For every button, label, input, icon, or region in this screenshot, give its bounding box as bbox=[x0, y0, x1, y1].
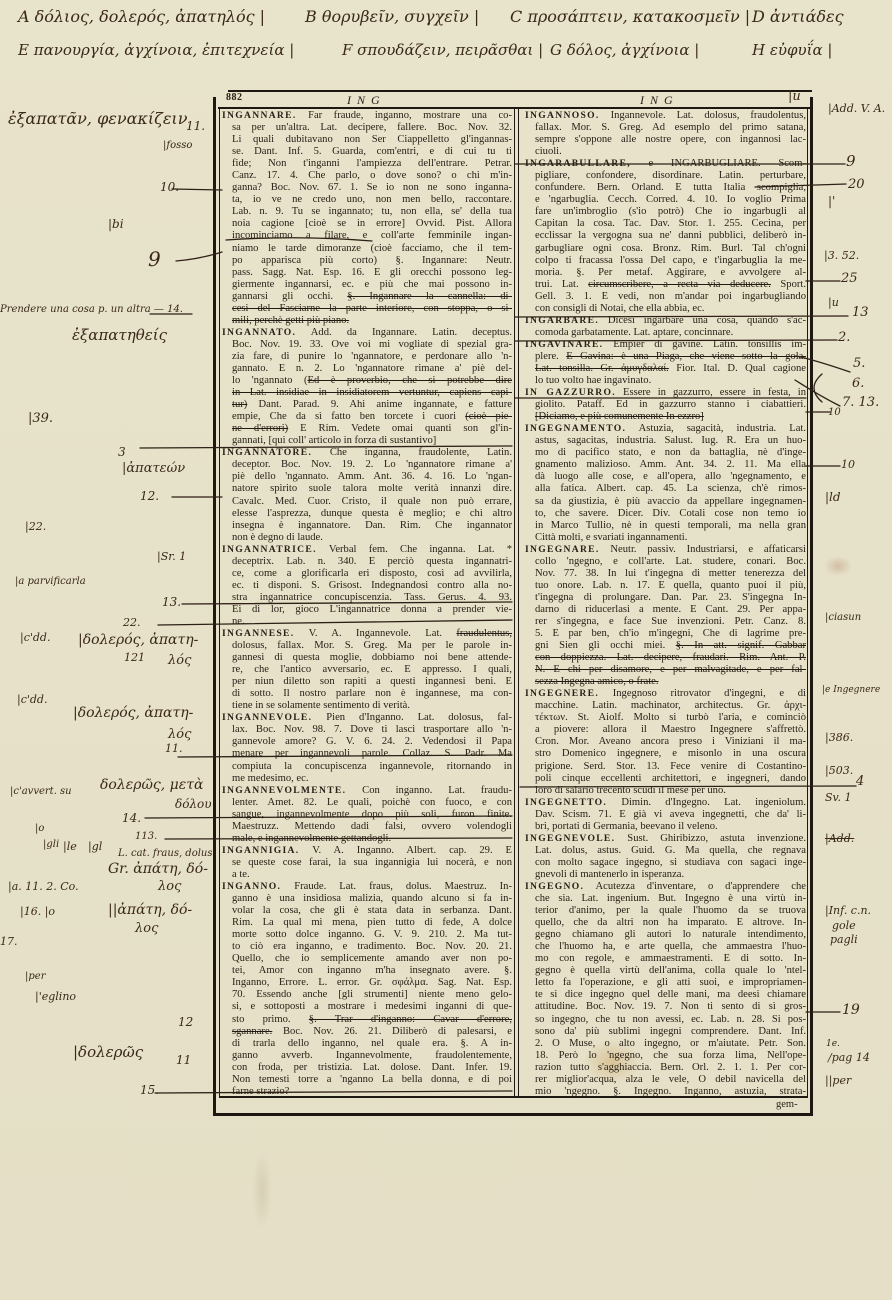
line-text: a te. bbox=[232, 869, 250, 880]
line-text: ciuoli. bbox=[535, 146, 562, 157]
text-line: tiene in se solamente sentimento di veri… bbox=[222, 700, 512, 712]
handwritten-note: Sv. 1 bbox=[825, 792, 851, 804]
line-text: male, e ingannevolmente gettandogli. bbox=[232, 833, 391, 844]
line-text: se queste cose farai, la sua ingannigia … bbox=[232, 857, 512, 868]
entry-first-line: INGEGNO. Acutezza d'inventare, o d'appre… bbox=[525, 881, 806, 893]
handwritten-note: Prendere una cosa p. un altra — 14. bbox=[0, 304, 183, 315]
line-text: astus, sagacitas, industria. Salust. Iug… bbox=[535, 435, 806, 446]
text-line: dolosus, fallax. Mor. S. Greg. Ma per le… bbox=[222, 640, 512, 652]
line-text: elesse l'asprezza, dunque questa è megli… bbox=[232, 508, 512, 519]
line-text: re, che l'antico avversario, ec. E appre… bbox=[232, 664, 512, 675]
handwritten-note: |δολερός, ἀπατη- bbox=[73, 706, 193, 721]
line-text: insegna è ingannatore. Dan. Rim. Che ing… bbox=[232, 520, 512, 531]
line-text: se. Dant. Inf. 5. Guarda, com'entri, e d… bbox=[232, 146, 512, 157]
text-line: pigliare, confondere, disordinare. Latin… bbox=[525, 170, 806, 182]
text-line: bri, portati di Germania, beevano il vel… bbox=[525, 821, 806, 833]
text-line: giermente ingannarsi, ec. e più che mai … bbox=[222, 279, 512, 291]
text-line: poli cinque eccellenti architettori, e i… bbox=[525, 773, 806, 785]
struck-text: tur) bbox=[232, 399, 247, 410]
text-line: con consigli di Notai, che ella abbia, e… bbox=[525, 303, 806, 315]
headword: INGANNARE. bbox=[222, 110, 297, 121]
text-line: darno di riducerlasi a mente. E Cant. 29… bbox=[525, 604, 806, 616]
headword: INGAVINARE. bbox=[525, 339, 603, 350]
headword: INGANNOSO. bbox=[525, 110, 600, 121]
line-text: Ingegnoso ritrovator d'ingegni, e di bbox=[599, 688, 806, 699]
headword: INGARBARE. bbox=[525, 315, 599, 326]
text-line: colpo ti fracassa l'ossa Del capo, e t'i… bbox=[525, 255, 806, 267]
text-line: ganno avverb. Ingannevolmente, fraudolen… bbox=[222, 1050, 512, 1062]
line-text: te si dice ingegno quel delle mani, ma d… bbox=[535, 989, 806, 1000]
handwritten-note: |ἀπατεών bbox=[122, 462, 185, 476]
headword: INGEGNO. bbox=[525, 881, 584, 892]
headword: IN GAZZURRO. bbox=[525, 387, 616, 398]
line-text: trui. Lat. bbox=[535, 279, 588, 290]
text-line: ce, come a glorificarla eri disposto, co… bbox=[222, 568, 512, 580]
line-text: sa da giustizia, è più avaccio da appell… bbox=[535, 496, 806, 507]
line-text: pass. Sagg. Nat. Esp. 16. E gli orecchi … bbox=[232, 267, 512, 278]
handwritten-note: 11. bbox=[186, 120, 205, 133]
handwritten-note: |le bbox=[63, 841, 77, 853]
line-text: to, che savere. Dicer. Div. Cotali cose … bbox=[535, 508, 806, 519]
line-text: noia cagione [cioè se in errore] Ovvid. … bbox=[232, 218, 512, 229]
column-divider-left bbox=[514, 108, 515, 1096]
handwritten-note: |per bbox=[25, 971, 45, 982]
line-text: V. A. Ingannevole. Lat. bbox=[294, 628, 456, 639]
text-line: razion tutto s'agghiaccia. Bern. Orl. 2.… bbox=[525, 1062, 806, 1074]
text-line: Nov. 77. 38. In lui t'ingegna di metter … bbox=[525, 568, 806, 580]
line-text: Li quali dubitavano non Ser Ciappelletto… bbox=[232, 134, 512, 145]
line-text: τέκτων. St. Aiolf. Molto si turbò l'aria… bbox=[535, 712, 806, 723]
handwritten-note: 10 bbox=[841, 459, 855, 471]
handwritten-note: |δολερός, ἀπατη- bbox=[78, 633, 198, 648]
text-line: lenter. Amet. 82. Le quali, poichè con f… bbox=[222, 797, 512, 809]
text-line: prigione. Serd. Stor. 13. Fece venire di… bbox=[525, 761, 806, 773]
line-text: sa per un'altra. Lat. decipere, fallere.… bbox=[232, 122, 512, 133]
handwritten-note: |'eglino bbox=[35, 991, 76, 1003]
text-line: fare un'imbroglio (s'io potrò) Che io in… bbox=[525, 206, 806, 218]
text-line: compiuta la concupiscenza ingannevole, r… bbox=[222, 761, 512, 773]
text-line: po apparisca più corto) §. Ingannare: Ne… bbox=[222, 255, 512, 267]
text-line: Città molti, e svariati ingannamenti. bbox=[525, 532, 806, 544]
struck-text: cesi del Fasciarne la parte interiore, c… bbox=[232, 303, 512, 314]
text-line: collo 'ngegno, e coll'arte. Lat. studere… bbox=[525, 556, 806, 568]
line-text: attitudine. Boc. Nov. 19. 7. Non ti sent… bbox=[535, 1001, 806, 1012]
line-text: me medesimo, ec. bbox=[232, 773, 308, 784]
line-text: deceptrix. Lab. n. 340. E perciò questa … bbox=[232, 556, 512, 567]
entry-first-line: INGANNATORE. Che inganna, fraudolente, L… bbox=[222, 447, 512, 459]
struck-text: sezza Ingegna amico, o frate. bbox=[535, 676, 659, 687]
text-line: gni Sien gli occhi miei. §. In att. sign… bbox=[525, 640, 806, 652]
line-text: gnamento malizioso. Amm. Ant. 34. 2. 11.… bbox=[535, 459, 806, 470]
handwritten-note: 9 bbox=[846, 153, 856, 170]
text-line: lax. Boc. Nov. 98. 7. Dove ti lasci tras… bbox=[222, 724, 512, 736]
struck-text: [Diciamo, e più comunemente In ezzro] bbox=[535, 411, 704, 422]
handwritten-note: |386. bbox=[825, 732, 853, 744]
line-text: poli cinque eccellenti architettori, e i… bbox=[535, 773, 806, 784]
line-text: farne strazio? bbox=[232, 1086, 289, 1097]
line-text: sono da' più sublimi ingegni comprendere… bbox=[535, 1026, 806, 1037]
text-line: incominciamo a filare, e coll'arte femmi… bbox=[222, 230, 512, 242]
line-text: e INGARBUGLIARE. Scom- bbox=[631, 158, 806, 169]
line-text: Maestruzz. Mettendo dadi falsi, ovvero v… bbox=[232, 821, 512, 832]
handwritten-note: |e Ingegnere bbox=[822, 686, 880, 696]
text-line: con molto sagace ingegno, si studiava co… bbox=[525, 857, 806, 869]
text-line: gannesi di questa moglie, dobbiamo noi b… bbox=[222, 652, 512, 664]
left-column: INGANNARE. Far fraude, inganno, mostrare… bbox=[222, 110, 512, 1098]
text-line: Inganno, Errore. L. error. Gr. σφάλμα. S… bbox=[222, 977, 512, 989]
text-line: che l'huomo ha, e arte quella, che ammae… bbox=[525, 941, 806, 953]
line-text: Pien d'Inganno. Lat. dolosus, fal- bbox=[312, 712, 512, 723]
handwritten-note: |22. bbox=[25, 521, 46, 533]
handwritten-note: |fosso bbox=[163, 140, 192, 151]
line-text: mo con regole, e ammaestramenti. E di so… bbox=[535, 953, 806, 964]
struck-text: E Gavina: è una Piaga, che viene sotto l… bbox=[566, 351, 806, 362]
headword: INGANNATORE. bbox=[222, 447, 312, 458]
line-text: gegno è quella virtù dell'anima, colla q… bbox=[535, 965, 806, 976]
handwritten-note: |gli bbox=[43, 839, 59, 850]
struck-text: fraudulentus, bbox=[456, 628, 512, 639]
line-text: quello, che da altri non ha imparato. E … bbox=[535, 917, 806, 928]
text-line: macchine. Latin. machinator, architectus… bbox=[525, 700, 806, 712]
text-line: menare per ingannevoli parole. Collaz. S… bbox=[222, 748, 512, 760]
left-border-outer bbox=[213, 97, 216, 1116]
line-text: gannarsi gli occhi. bbox=[232, 291, 347, 302]
line-text: Dicesi ingarbare una cosa, quando s'ac- bbox=[599, 315, 806, 326]
right-border-inner bbox=[807, 108, 808, 1096]
line-text: stra ingannatrice concupiscenzia. Tass. … bbox=[232, 592, 512, 603]
line-text: Essere in gazzurro, essere in festa, in bbox=[616, 387, 806, 398]
text-line: gegno chiamano gli autori lo naturale in… bbox=[525, 929, 806, 941]
line-text: Gell. 3. 1. E vedi, non m'andar poi inga… bbox=[535, 291, 806, 302]
entry-first-line: INGARABULLARE, e INGARBUGLIARE. Scom- bbox=[525, 158, 806, 170]
line-text: po apparisca più corto) §. Ingannare: Ne… bbox=[232, 255, 512, 266]
entry-first-line: INGARBARE. Dicesi ingarbare una cosa, qu… bbox=[525, 315, 806, 327]
text-line: letto fa l'operazione, e gli atti suoi, … bbox=[525, 977, 806, 989]
text-line: Canz. 17. 4. Che parlo, o dove sono? o c… bbox=[222, 170, 512, 182]
text-line: se queste cose farai, la sua ingannigia … bbox=[222, 857, 512, 869]
text-line: Quello, che io semplicemente amando aver… bbox=[222, 953, 512, 965]
text-line: non è degno di laude. bbox=[222, 532, 512, 544]
handwritten-note: C προσάπτειν, κατακοσμεῖν | bbox=[510, 8, 750, 26]
handwritten-note: |ciasun bbox=[825, 612, 861, 623]
line-text: gannesi di questa moglie, dobbiamo noi b… bbox=[232, 652, 512, 663]
text-line: a piovere: allora il Maestro Ingegnere s… bbox=[525, 724, 806, 736]
text-line: di sotto. Il nostro parlare non è ingann… bbox=[222, 688, 512, 700]
handwritten-note: |39. bbox=[28, 412, 53, 426]
line-text: plere. bbox=[535, 351, 566, 362]
line-text: comoda garbatamente. Lat. aptare, concin… bbox=[535, 327, 733, 338]
text-line: fallax. Mor. S. Greg. Ad esemplo del pri… bbox=[525, 122, 806, 134]
line-text: a piovere: allora il Maestro Ingegnere s… bbox=[535, 724, 806, 735]
line-text: Lat. dolus, astus. Guid. G. Ma quella, c… bbox=[535, 845, 806, 856]
left-border-inner bbox=[219, 108, 220, 1096]
entry-first-line: INGANNO. Fraude. Lat. fraus, dolus. Maes… bbox=[222, 881, 512, 893]
handwritten-note: |Sr. 1 bbox=[157, 551, 186, 563]
entry-first-line: INGANNATO. Add. da Ingannare. Latin. dec… bbox=[222, 327, 512, 339]
line-text: deceptor. Boc. Nov. 19. 2. Lo 'ngannator… bbox=[232, 459, 512, 470]
line-text: ce, come a glorificarla eri disposto, co… bbox=[232, 568, 512, 579]
text-line: di trarla dello inganno, nel quale era. … bbox=[222, 1038, 512, 1050]
text-line: gnamento malizioso. Amm. Ant. 34. 2. 11.… bbox=[525, 459, 806, 471]
handwritten-note: |16. |o bbox=[20, 906, 55, 918]
handwritten-note: 22. bbox=[123, 617, 141, 629]
handwritten-note: 5. bbox=[853, 357, 865, 371]
handwritten-note: |Inf. c.n. bbox=[825, 905, 871, 917]
handwritten-note: E πανουργία, ἀγχίνοια, ἐπιτεχνεία | bbox=[18, 42, 294, 59]
line-text: ne. bbox=[232, 616, 245, 627]
text-line: zia fare, di punire lo 'ngannatore, e pe… bbox=[222, 351, 512, 363]
line-text: Città molti, e svariati ingannamenti. bbox=[535, 532, 687, 543]
line-text: prigione. Serd. Stor. 13. Fece venire di… bbox=[535, 761, 806, 772]
text-line: trui. Lat. circumscribere, a recta via d… bbox=[525, 279, 806, 291]
text-line: alla fatica. Albert. cap. 45. La scienza… bbox=[525, 483, 806, 495]
text-line: Dav. Scism. 71. E già vi aveva ingegnett… bbox=[525, 809, 806, 821]
handwritten-note: δολερῶς, μετὰ bbox=[100, 778, 203, 793]
struck-text: (cioè pie- bbox=[465, 411, 512, 422]
handwritten-note: 4 bbox=[856, 775, 864, 789]
text-line: terior d'animo, per la quale l'huomo da … bbox=[525, 905, 806, 917]
handwritten-note: |bi bbox=[108, 218, 124, 231]
handwritten-note: 1e. bbox=[826, 1040, 840, 1050]
handwritten-note: ||per bbox=[825, 1075, 851, 1087]
text-line: giolito. Pataff. Ed in gazzurro stanno i… bbox=[525, 399, 806, 411]
text-line: τέκτων. St. Aiolf. Molto si turbò l'aria… bbox=[525, 712, 806, 724]
struck-text: Ed è proverbio, che si potrebbe dire bbox=[307, 375, 512, 386]
text-line: natore spirito suole talora molte verità… bbox=[222, 483, 512, 495]
line-text: ec. ti disponi. S. Grisost. Indegnandosi… bbox=[232, 580, 512, 591]
line-text: lo tuo volto hae ingavinato. bbox=[535, 375, 651, 386]
text-line: in Marco Tullio, nè in questi temporali,… bbox=[525, 520, 806, 532]
text-line: sono da' più sublimi ingegni comprendere… bbox=[525, 1026, 806, 1038]
line-text: Con inganno. Lat. fraudu- bbox=[346, 785, 512, 796]
line-text: rer s'ingegna, e face Sue invenzioni. Pe… bbox=[535, 616, 806, 627]
line-text: Fraude. Lat. fraus, dolus. Maestruz. In- bbox=[281, 881, 512, 892]
handwritten-note: |u bbox=[828, 297, 839, 309]
header-rule bbox=[218, 107, 812, 109]
line-text: 18. Però lo 'ngegno, che sua forza lima,… bbox=[535, 1050, 806, 1061]
line-text: gannati, [qui coll' articolo in forza di… bbox=[232, 435, 436, 446]
text-line: 70. Essendo anche [gli strumenti] niente… bbox=[222, 989, 512, 1001]
line-text: garbugliare ogni cosa. Bronz. Rim. Burl.… bbox=[535, 243, 806, 254]
text-line: insegna è ingannatore. Dan. Rim. Che ing… bbox=[222, 520, 512, 532]
text-line: mo di pacifico stato, e non da battaglia… bbox=[525, 447, 806, 459]
line-text: Rim. La qual mi mena, pien tutto di fede… bbox=[232, 917, 512, 928]
struck-text: circumscribere, a recta via deducere. bbox=[588, 279, 771, 290]
handwritten-note: |gl bbox=[88, 841, 102, 853]
line-text: gannevole amore? G. V. 6. 24. 2. Vedendo… bbox=[232, 736, 512, 747]
line-text: Inganno, Errore. L. error. Gr. σφάλμα. S… bbox=[232, 977, 512, 988]
handwritten-note: 10 bbox=[828, 407, 841, 418]
text-line: tuo onore. Lab. n. 17. E quella, quanto … bbox=[525, 580, 806, 592]
handwritten-note: /pag 14 bbox=[828, 1052, 870, 1064]
text-line: empie, Che da sì fatto ben torcete i cuo… bbox=[222, 411, 512, 423]
line-text: tei, Amor con inganno m'ha insegnato ave… bbox=[232, 965, 512, 976]
line-text: Dant. Parad. 9. Ahi anime ingannate, e f… bbox=[247, 399, 512, 410]
handwritten-note: 20 bbox=[848, 178, 865, 192]
text-line: to ciò era inganno, e tradimento. Boc. N… bbox=[222, 941, 512, 953]
handwritten-note: 113. bbox=[135, 831, 157, 842]
text-line: Lat. tonsilla. Gr. ἀμυγδαλαί. Fior. Ital… bbox=[525, 363, 806, 375]
handwritten-note: |3. 52. bbox=[824, 250, 859, 262]
line-text: Non temesti torre a 'nganno La bella don… bbox=[232, 1074, 512, 1085]
line-text: 70. Essendo anche [gli strumenti] niente… bbox=[232, 989, 512, 1000]
handwritten-note: 12. bbox=[140, 490, 159, 503]
line-text: Quello, che io semplicemente amando aver… bbox=[232, 953, 512, 964]
line-text: ecclissar la vergogna sua ne' danni pubb… bbox=[535, 230, 806, 241]
handwritten-note: |c'dd. bbox=[17, 694, 47, 706]
line-text: Add. da Ingannare. Latin. deceptus. bbox=[296, 327, 512, 338]
headword: INGEGNEVOLE. bbox=[525, 833, 615, 844]
line-text: sempre s'oppone alle nostre opere, con i… bbox=[535, 134, 806, 145]
headword: INGEGNARE. bbox=[525, 544, 600, 555]
handwritten-note: F σπουδάζειν, πειρᾶσθαι | bbox=[342, 42, 543, 59]
entry-first-line: INGANNARE. Far fraude, inganno, mostrare… bbox=[222, 110, 512, 122]
line-text: zia fare, di punire lo 'ngannatore, e pe… bbox=[232, 351, 512, 362]
text-line: gegno è quella virtù dell'anima, colla q… bbox=[525, 965, 806, 977]
line-text: di trarla dello inganno, nel quale era. … bbox=[232, 1038, 512, 1049]
text-line: gannarsi gli occhi. §. Ingannare la cann… bbox=[222, 291, 512, 303]
handwritten-note: |a parvificarla bbox=[15, 576, 86, 587]
struck-text: sgannare. bbox=[232, 1026, 272, 1037]
line-text: letto fa l'operazione, e gli atti suoi, … bbox=[535, 977, 806, 988]
text-line: gannato. E n. 2. Lo 'ngannatore rimane a… bbox=[222, 363, 512, 375]
line-text: che l'huomo ha, e arte quella, che ammae… bbox=[535, 941, 806, 952]
line-text: colpo ti fracassa l'ossa Del capo, e t'i… bbox=[535, 255, 806, 266]
struck-text: con doppiezza. Lat. decipere, fraudari. … bbox=[535, 652, 806, 663]
text-line: volar la cosa, che gli è stata data in s… bbox=[222, 905, 512, 917]
headword: INGANNEVOLMENTE. bbox=[222, 785, 346, 796]
handwritten-note: |Add. V. A. bbox=[828, 103, 885, 115]
text-line: quello, che da altri non ha imparato. E … bbox=[525, 917, 806, 929]
handwritten-note: gole bbox=[832, 920, 856, 932]
line-text: razion tutto s'agghiaccia. Bern. Orl. 2.… bbox=[535, 1062, 806, 1073]
line-text: si, e sottoposti a mostrare i medesimi i… bbox=[232, 1001, 512, 1012]
handwritten-note: |c'dd. bbox=[20, 632, 50, 644]
text-line: ne d'errori) E Rim. Vedete omai quanti s… bbox=[222, 423, 512, 435]
right-border-outer bbox=[810, 97, 813, 1116]
entry-first-line: INGEGNEVOLE. Sust. Ghiribizzo, astuta in… bbox=[525, 833, 806, 845]
entry-first-line: IN GAZZURRO. Essere in gazzurro, essere … bbox=[525, 387, 806, 399]
text-line: morte sotto dolce inganno. G. V. 9. 210.… bbox=[222, 929, 512, 941]
text-line: sto primo. §. Trar d'inganno: Cavar d'er… bbox=[222, 1014, 512, 1026]
line-text: Boc. Nov. 26. 21. Diliberò di palesarsi,… bbox=[272, 1026, 512, 1037]
handwritten-note: δόλου bbox=[175, 798, 212, 811]
text-line: lo tuo volto hae ingavinato. bbox=[525, 375, 806, 387]
line-text: Dimin. d'Ingegno. Lat. ingeniolum. bbox=[607, 797, 806, 808]
handwritten-note: ἐξαπατᾶν, φενακίζειν bbox=[8, 110, 187, 128]
text-line: t'ingegna di prolungare. Dan. Par. 23. S… bbox=[525, 592, 806, 604]
struck-text: in Lat. insidiae in insidiatorem vertunt… bbox=[232, 387, 512, 398]
text-line: mili, perchè getti più piano. bbox=[222, 315, 512, 327]
text-line: ciuoli. bbox=[525, 146, 806, 158]
text-line: sgannare. Boc. Nov. 26. 21. Diliberò di … bbox=[222, 1026, 512, 1038]
top-rule bbox=[228, 90, 812, 92]
handwritten-note: 15. bbox=[140, 1084, 159, 1097]
headword: INGEGNETTO. bbox=[525, 797, 607, 808]
text-line: noia cagione [cioè se in errore] Ovvid. … bbox=[222, 218, 512, 230]
handwritten-note: Gr. ἀπάτη, δό- bbox=[108, 862, 208, 877]
line-text: dolosus, fallax. Mor. S. Greg. Ma per le… bbox=[232, 640, 512, 651]
line-text: Nov. 77. 38. In lui t'ingegna di metter … bbox=[535, 568, 806, 579]
text-line: Lab. n. 9. Tu se ingannato; tu, non ella… bbox=[222, 206, 512, 218]
handwritten-note: 13 bbox=[852, 306, 869, 320]
struck-text: N. E chi per disamore, e per malvagitade… bbox=[535, 664, 806, 675]
entry-first-line: INGANNEVOLE. Pien d'Inganno. Lat. dolosu… bbox=[222, 712, 512, 724]
handwritten-note: 25 bbox=[841, 272, 858, 286]
handwritten-note: λός bbox=[168, 728, 191, 742]
line-text: Ingannevole. Lat. dolosus, fraudolentus, bbox=[600, 110, 806, 121]
text-line: ganno è una insidiosa malizia, quando al… bbox=[222, 893, 512, 905]
line-text: fare un'imbroglio (s'io potrò) Che io in… bbox=[535, 206, 806, 217]
text-line: so ingegno, che tu non avessi, ec. Lab. … bbox=[525, 1014, 806, 1026]
line-text: Dav. Scism. 71. E già vi aveva ingegnett… bbox=[535, 809, 806, 820]
line-text: gni Sien gli occhi miei. bbox=[535, 640, 676, 651]
footer-rule bbox=[215, 1113, 810, 1116]
line-text: Astuzia, sagacità, industria. Lat. bbox=[626, 423, 806, 434]
text-line: 18. Però lo 'ngegno, che sua forza lima,… bbox=[525, 1050, 806, 1062]
text-line: deceptrix. Lab. n. 340. E perciò questa … bbox=[222, 556, 512, 568]
headword: INGANNO. bbox=[222, 881, 281, 892]
text-line: sa da giustizia, è più avaccio da appell… bbox=[525, 496, 806, 508]
line-text: non è degno di laude. bbox=[232, 532, 323, 543]
handwritten-note: 11. bbox=[165, 743, 183, 755]
struck-text: §. Trar d'inganno: Cavar d'errore, bbox=[309, 1014, 512, 1025]
text-line: gannevole amore? G. V. 6. 24. 2. Vedendo… bbox=[222, 736, 512, 748]
text-line: ta, io ve ne credo uno, non men bello, r… bbox=[222, 194, 512, 206]
line-text: bri, portati di Germania, beevano il vel… bbox=[535, 821, 718, 832]
handwritten-note: |ld bbox=[825, 491, 841, 504]
text-line: e 'ngarbuglia. Cecch. Corred. 4. 10. Io … bbox=[525, 194, 806, 206]
text-line: comoda garbatamente. Lat. aptare, concin… bbox=[525, 327, 806, 339]
text-line: Rim. La qual mi mena, pien tutto di fede… bbox=[222, 917, 512, 929]
line-text: E Rim. Vedete omai quanti son gl'in- bbox=[288, 423, 512, 434]
entry-first-line: INGANNIGIA. V. A. Inganno. Albert. cap. … bbox=[222, 845, 512, 857]
header-handwritten-mark: |u bbox=[788, 90, 801, 104]
handwritten-note: B θορυβεῖν, συγχεῖν | bbox=[305, 8, 479, 26]
page-number: 882 bbox=[226, 92, 243, 103]
line-text: volar la cosa, che gli è stata data in s… bbox=[232, 905, 512, 916]
struck-text: mili, perchè getti più piano. bbox=[232, 315, 349, 326]
line-text: gnevoli di mantenerlo in isperanza. bbox=[535, 869, 684, 880]
line-text: sto primo. bbox=[232, 1014, 309, 1025]
line-text: Cavalc. Med. Cuor. Cristo, il quale non … bbox=[232, 496, 512, 507]
handwritten-note: ||ἀπάτη, δό- bbox=[108, 903, 192, 918]
line-text: di sotto. Il nostro parlare non è ingann… bbox=[232, 688, 512, 699]
catchword: gem- bbox=[776, 1099, 798, 1110]
line-text: Ei di lor, gioco L'ingannatrice donna a … bbox=[232, 604, 512, 615]
handwritten-note: G δόλος, ἀγχίνοια | bbox=[550, 42, 699, 59]
line-text: sangue, ingannevolmente dopo più soli, f… bbox=[232, 809, 512, 820]
struck-text: §. In att. signif. Gabbar bbox=[676, 640, 806, 651]
text-line: astus, sagacitas, industria. Salust. Iug… bbox=[525, 435, 806, 447]
line-text: Cron. Mor. Aveano ancora preso i Vinizia… bbox=[535, 736, 806, 747]
text-line: me medesimo, ec. bbox=[222, 773, 512, 785]
line-text: 5. E par ben, ch'io m'ingegni, Che di la… bbox=[535, 628, 806, 639]
line-text: Acutezza d'inventare, o d'apprendere che bbox=[584, 881, 806, 892]
text-line: pass. Sagg. Nat. Esp. 16. E gli orecchi … bbox=[222, 267, 512, 279]
line-text: dà luogo alle cose, e all'opera, allo 'n… bbox=[535, 471, 806, 482]
text-line: sa per un'altra. Lat. decipere, fallere.… bbox=[222, 122, 512, 134]
text-line: 5. E par ben, ch'io m'ingegni, Che di la… bbox=[525, 628, 806, 640]
line-text: Neutr. passiv. Industriarsi, e affaticar… bbox=[600, 544, 806, 555]
line-text: ganna? Boc. Nov. 67. 1. Se io non ne son… bbox=[232, 182, 512, 193]
text-line: ne. bbox=[222, 616, 512, 628]
entry-first-line: INGANNOSO. Ingannevole. Lat. dolosus, fr… bbox=[525, 110, 806, 122]
line-text: Far fraude, inganno, mostrare una co- bbox=[297, 110, 512, 121]
line-text: moria. §. Per metaf. Aggirare, e avvolge… bbox=[535, 267, 806, 278]
line-text: niamo le tarde dimoranze (cioè facciamo,… bbox=[232, 243, 512, 254]
text-line: gnevoli di mantenerlo in isperanza. bbox=[525, 869, 806, 881]
